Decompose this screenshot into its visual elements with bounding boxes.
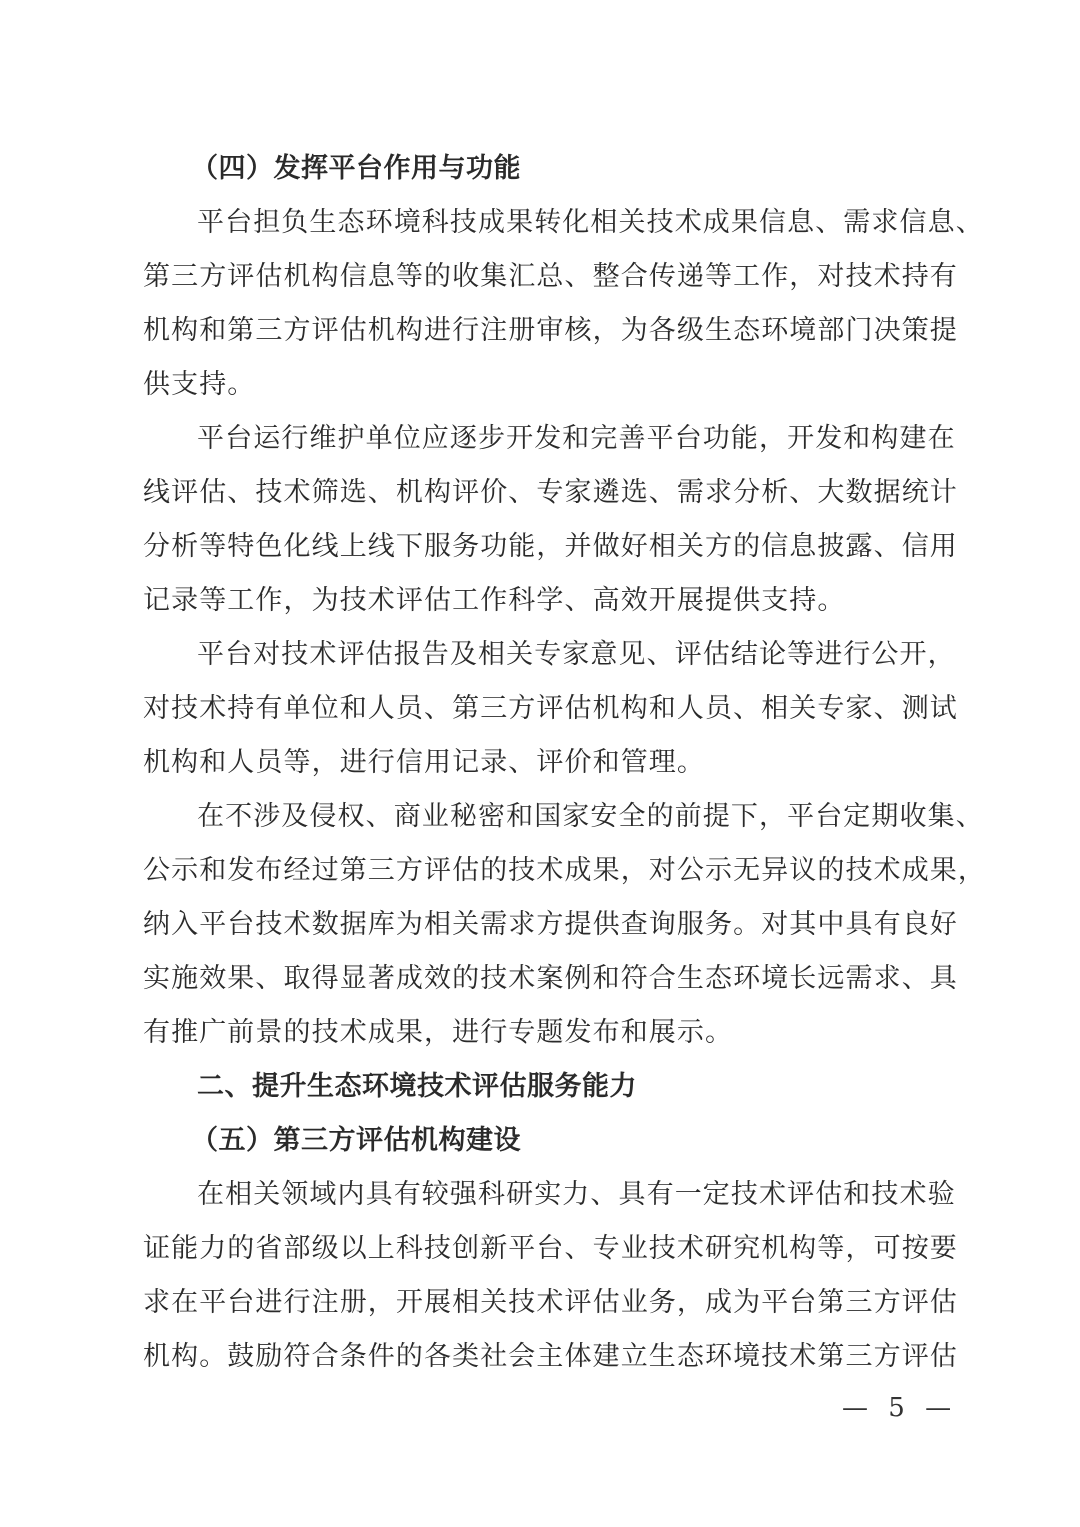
paragraph-line: 公示和发布经过第三方评估的技术成果，对公示无异议的技术成果，	[143, 844, 948, 898]
page-number: — 5 —	[842, 1393, 957, 1423]
paragraph-line: 平台对技术评估报告及相关专家意见、评估结论等进行公开，	[143, 628, 948, 682]
paragraph-line: 平台运行维护单位应逐步开发和完善平台功能，开发和构建在	[143, 412, 948, 466]
paragraph-line: 在相关领域内具有较强科研实力、具有一定技术评估和技术验	[143, 1168, 948, 1222]
paragraph-line: 机构和人员等，进行信用记录、评价和管理。	[143, 736, 948, 790]
paragraph-line: 机构。鼓励符合条件的各类社会主体建立生态环境技术第三方评估	[143, 1330, 948, 1384]
document-page: （四）发挥平台作用与功能 平台担负生态环境科技成果转化相关技术成果信息、需求信息…	[143, 142, 948, 1384]
paragraph-line: 实施效果、取得显著成效的技术案例和符合生态环境长远需求、具	[143, 952, 948, 1006]
paragraph-line: 证能力的省部级以上科技创新平台、专业技术研究机构等，可按要	[143, 1222, 948, 1276]
subheading-section-5: （五）第三方评估机构建设	[143, 1114, 948, 1168]
paragraph-line: 第三方评估机构信息等的收集汇总、整合传递等工作，对技术持有	[143, 250, 948, 304]
paragraph-line: 分析等特色化线上线下服务功能，并做好相关方的信息披露、信用	[143, 520, 948, 574]
paragraph-line: 对技术持有单位和人员、第三方评估机构和人员、相关专家、测试	[143, 682, 948, 736]
heading-section-2: 二、提升生态环境技术评估服务能力	[143, 1060, 948, 1114]
paragraph-line: 记录等工作，为技术评估工作科学、高效开展提供支持。	[143, 574, 948, 628]
paragraph-line: 线评估、技术筛选、机构评价、专家遴选、需求分析、大数据统计	[143, 466, 948, 520]
paragraph-line: 在不涉及侵权、商业秘密和国家安全的前提下，平台定期收集、	[143, 790, 948, 844]
paragraph-line: 求在平台进行注册，开展相关技术评估业务，成为平台第三方评估	[143, 1276, 948, 1330]
paragraph-line: 供支持。	[143, 358, 948, 412]
subheading-section-4: （四）发挥平台作用与功能	[143, 142, 948, 196]
paragraph-line: 有推广前景的技术成果，进行专题发布和展示。	[143, 1006, 948, 1060]
paragraph-line: 平台担负生态环境科技成果转化相关技术成果信息、需求信息、	[143, 196, 948, 250]
paragraph-line: 机构和第三方评估机构进行注册审核，为各级生态环境部门决策提	[143, 304, 948, 358]
paragraph-line: 纳入平台技术数据库为相关需求方提供查询服务。对其中具有良好	[143, 898, 948, 952]
